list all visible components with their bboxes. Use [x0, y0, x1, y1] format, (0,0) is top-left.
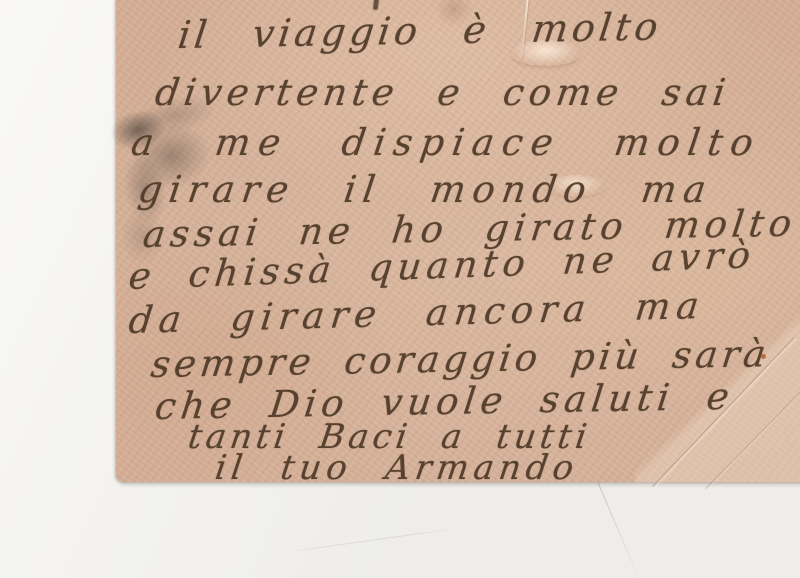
handwritten-line: il viaggio è molto	[176, 8, 664, 54]
postcard-paper: il viaggio è molto divertente e come sai…	[116, 0, 800, 482]
scan-background-fold-line	[598, 482, 642, 578]
handwritten-line: divertente e come sai	[153, 74, 733, 111]
scanned-postcard-page: il viaggio è molto divertente e come sai…	[0, 0, 800, 578]
handwritten-signature-line: il tuo Armando	[213, 451, 581, 485]
handwritten-message: il viaggio è molto divertente e come sai…	[116, 0, 800, 482]
handwritten-line: girare il mondo ma	[136, 171, 715, 208]
scan-background-fold-line	[291, 529, 450, 552]
handwritten-line: a me dispiace molto	[129, 124, 764, 161]
